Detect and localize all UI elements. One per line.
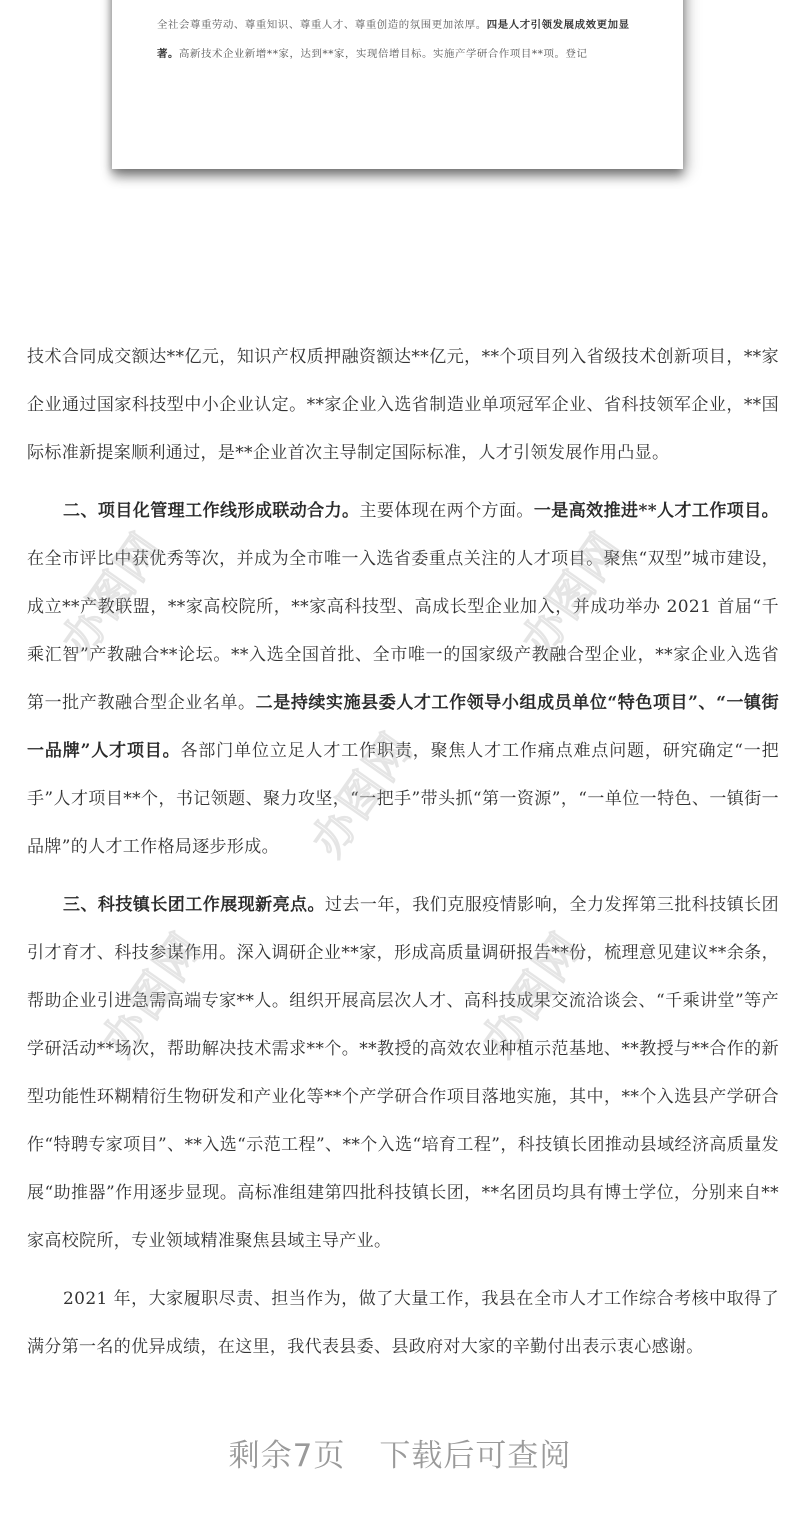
paragraph-text: 2021 年，大家履职尽责、担当作为，做了大量工作，我县在全市人才工作综合考核中… xyxy=(27,1289,779,1357)
download-hint-label: 下载后可查阅 xyxy=(379,1438,571,1474)
paragraph-text: 技术合同成交额达**亿元，知识产权质押融资额达**亿元，**个项目列入省级技术创… xyxy=(27,347,779,463)
paragraph-tech-mayor-group: 三、科技镇长团工作展现新亮点。过去一年，我们克服疫情影响，全力发挥第三批科技镇长… xyxy=(27,881,779,1265)
section-heading-3: 三、科技镇长团工作展现新亮点。 xyxy=(63,895,325,915)
paragraph-text: 过去一年，我们克服疫情影响，全力发挥第三批科技镇长团引才育才、科技参谋作用。深入… xyxy=(27,895,779,1251)
page-preview-card: 全社会尊重劳动、尊重知识、尊重人才、尊重创造的氛围更加浓厚。四是人才引领发展成效… xyxy=(112,0,683,169)
subpoint-heading-1: 一是高效推进**人才工作项目。 xyxy=(534,501,779,521)
download-to-view-prompt[interactable]: 剩余7页下载后可查阅 xyxy=(0,1430,800,1475)
section-heading-2: 二、项目化管理工作线形成联动合力。 xyxy=(63,501,359,521)
preview-line1-text: 全社会尊重劳动、尊重知识、尊重人才、尊重创造的氛围更加浓厚。 xyxy=(157,19,487,31)
paragraph-project-management: 二、项目化管理工作线形成联动合力。主要体现在两个方面。一是高效推进**人才工作项… xyxy=(27,487,779,871)
paragraph-text: 在全市评比中获优秀等次，并成为全市唯一入选省委重点关注的人才项目。聚焦“双型”城… xyxy=(27,549,779,713)
preview-line2-text: 高新技术企业新增**家，达到**家，实现倍增目标。实施产学研合作项目**项。登记 xyxy=(179,48,587,60)
remaining-pages-label: 剩余7页 xyxy=(229,1438,346,1474)
paragraph-thanks: 2021 年，大家履职尽责、担当作为，做了大量工作，我县在全市人才工作综合考核中… xyxy=(27,1275,779,1371)
page-preview-text: 全社会尊重劳动、尊重知识、尊重人才、尊重创造的氛围更加浓厚。四是人才引领发展成效… xyxy=(157,11,647,69)
paragraph-text: 主要体现在两个方面。 xyxy=(359,501,533,521)
document-body: 技术合同成交额达**亿元，知识产权质押融资额达**亿元，**个项目列入省级技术创… xyxy=(27,333,779,1371)
paragraph-achievements: 技术合同成交额达**亿元，知识产权质押融资额达**亿元，**个项目列入省级技术创… xyxy=(27,333,779,477)
